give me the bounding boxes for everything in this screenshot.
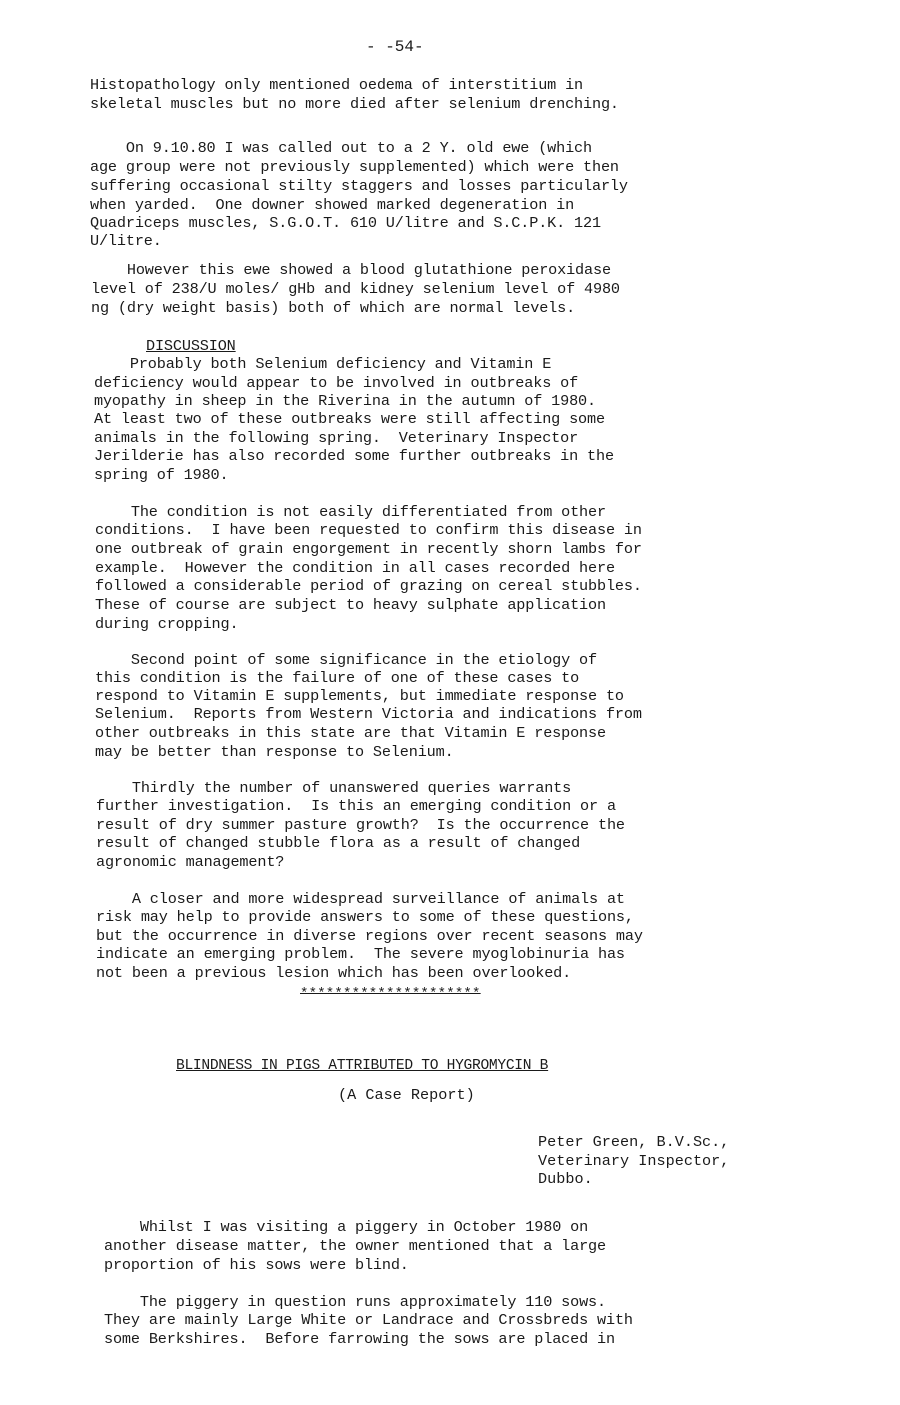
text-line: suffering occasional stilty staggers and… xyxy=(90,177,628,196)
section-separator: ********************* xyxy=(300,986,481,1002)
text-line: some Berkshires. Before farrowing the so… xyxy=(104,1330,615,1349)
text-line: this condition is the failure of one of … xyxy=(95,669,579,688)
text-line: agronomic management? xyxy=(96,853,284,872)
text-line: indicate an emerging problem. The severe… xyxy=(96,945,625,964)
text-line: another disease matter, the owner mentio… xyxy=(104,1237,606,1256)
text-line: U/litre. xyxy=(90,232,162,251)
text-line: These of course are subject to heavy sul… xyxy=(95,596,606,615)
text-line: followed a considerable period of grazin… xyxy=(95,577,642,596)
text-line: animals in the following spring. Veterin… xyxy=(94,429,578,448)
text-line: spring of 1980. xyxy=(94,466,228,485)
text-line: However this ewe showed a blood glutathi… xyxy=(91,261,611,280)
text-line: myopathy in sheep in the Riverina in the… xyxy=(94,392,596,411)
text-line: On 9.10.80 I was called out to a 2 Y. ol… xyxy=(90,139,592,158)
text-line: when yarded. One downer showed marked de… xyxy=(90,196,574,215)
text-line: deficiency would appear to be involved i… xyxy=(94,374,578,393)
text-line: age group were not previously supplement… xyxy=(90,158,619,177)
document-page: - -54- Histopathology only mentioned oed… xyxy=(0,0,900,1405)
text-line: Thirdly the number of unanswered queries… xyxy=(96,779,571,798)
text-line: Second point of some significance in the… xyxy=(95,651,597,670)
text-line: further investigation. Is this an emergi… xyxy=(96,797,616,816)
text-line: A closer and more widespread surveillanc… xyxy=(96,890,625,909)
text-line: skeletal muscles but no more died after … xyxy=(90,95,619,114)
text-line: Probably both Selenium deficiency and Vi… xyxy=(94,355,551,374)
text-line: ng (dry weight basis) both of which are … xyxy=(91,299,575,318)
text-line: Jerilderie has also recorded some furthe… xyxy=(94,447,614,466)
author-location: Dubbo. xyxy=(538,1170,593,1189)
text-line: not been a previous lesion which has bee… xyxy=(96,964,571,983)
page-number: - -54- xyxy=(366,38,424,56)
text-line: At least two of these outbreaks were sti… xyxy=(94,410,605,429)
text-line: proportion of his sows were blind. xyxy=(104,1256,409,1275)
text-line: example. However the condition in all ca… xyxy=(95,559,615,578)
text-line: Whilst I was visiting a piggery in Octob… xyxy=(104,1218,588,1237)
text-line: Histopathology only mentioned oedema of … xyxy=(90,76,583,95)
text-line: other outbreaks in this state are that V… xyxy=(95,724,606,743)
text-line: may be better than response to Selenium. xyxy=(95,743,454,762)
article-title: BLINDNESS IN PIGS ATTRIBUTED TO HYGROMYC… xyxy=(176,1058,548,1074)
text-line: level of 238/U moles/ gHb and kidney sel… xyxy=(91,280,620,299)
text-line: They are mainly Large White or Landrace … xyxy=(104,1311,633,1330)
text-line: Selenium. Reports from Western Victoria … xyxy=(95,705,642,724)
text-line: during cropping. xyxy=(95,615,238,634)
text-line: one outbreak of grain engorgement in rec… xyxy=(95,540,642,559)
article-subtitle: (A Case Report) xyxy=(338,1086,475,1104)
text-line: respond to Vitamin E supplements, but im… xyxy=(95,687,624,706)
text-line: but the occurrence in diverse regions ov… xyxy=(96,927,643,946)
author-name: Peter Green, B.V.Sc., xyxy=(538,1133,729,1152)
section-heading: DISCUSSION xyxy=(146,337,236,356)
text-line: risk may help to provide answers to some… xyxy=(96,908,634,927)
author-title: Veterinary Inspector, xyxy=(538,1152,729,1171)
text-line: conditions. I have been requested to con… xyxy=(95,521,642,540)
text-line: Quadriceps muscles, S.G.O.T. 610 U/litre… xyxy=(90,214,601,233)
text-line: result of changed stubble flora as a res… xyxy=(96,834,580,853)
text-line: The piggery in question runs approximate… xyxy=(104,1293,606,1312)
text-line: result of dry summer pasture growth? Is … xyxy=(96,816,625,835)
text-line: The condition is not easily differentiat… xyxy=(95,503,606,522)
